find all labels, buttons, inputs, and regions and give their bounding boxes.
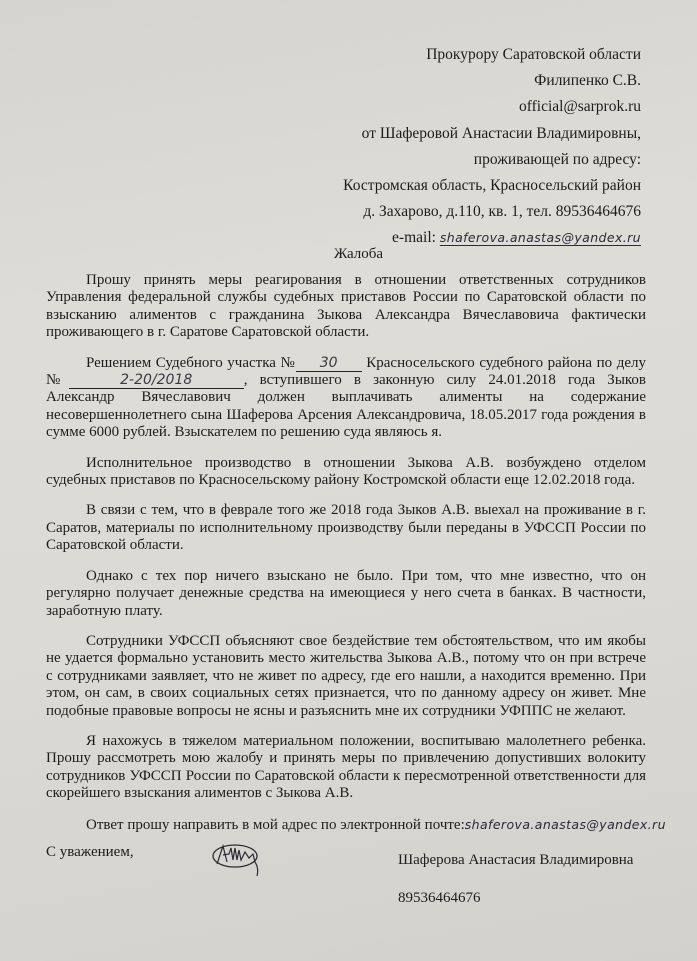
regards-text: С уважением,	[46, 844, 134, 861]
addressee-email: official@sarprok.ru	[343, 94, 641, 120]
complaint-document: Прокурору Саратовской области Филипенко …	[0, 0, 697, 961]
reply-request-row: Ответ прошу направить в мой адрес по эле…	[46, 816, 646, 834]
signer-phone: 89536464676	[398, 890, 481, 907]
paragraph-transfer: В связи с тем, что в феврале того же 201…	[46, 502, 646, 554]
paragraph-no-collection: Однако с тех пор ничего взыскано не было…	[46, 568, 646, 620]
paragraph-court-decision: Решением Судебного участка №30 Красносел…	[46, 355, 646, 442]
paragraph-inaction: Сотрудники УФССП объясняют свое бездейст…	[46, 633, 646, 720]
addressee-title: Прокурору Саратовской области	[343, 42, 641, 68]
addressee-name: Филипенко С.В.	[343, 68, 641, 94]
reply-request-text: Ответ прошу направить в мой адрес по эле…	[86, 817, 465, 833]
sender-name: от Шаферовой Анастасии Владимировны,	[343, 121, 641, 147]
handwritten-signature-icon	[209, 838, 271, 878]
signer-name: Шаферова Анастасия Владимировна	[398, 852, 633, 869]
reply-email-handwritten: shaferova.anastas@yandex.ru	[465, 817, 666, 832]
court-number-handwritten: 30	[296, 355, 362, 372]
case-number-handwritten: 2-20/2018	[69, 372, 244, 389]
paragraph-enforcement: Исполнительное производство в отношении …	[46, 455, 646, 490]
document-title: Жалоба	[0, 246, 697, 263]
court-decision-text-1: Решением Судебного участка №	[86, 355, 296, 371]
sender-address-line2: д. Захарово, д.110, кв. 1, тел. 89536464…	[343, 199, 641, 225]
document-body: Прошу принять меры реагирования в отноше…	[46, 272, 646, 892]
sender-address-line1: Костромская область, Красносельский райо…	[343, 173, 641, 199]
sender-email-handwritten: shaferova.anastas@yandex.ru	[440, 230, 641, 245]
sender-email-label: e-mail:	[392, 229, 436, 246]
paragraph-request: Прошу принять меры реагирования в отноше…	[46, 272, 646, 342]
sender-residing-label: проживающей по адресу:	[343, 147, 641, 173]
paragraph-plea: Я нахожусь в тяжелом материальном положе…	[46, 733, 646, 803]
signature-block: С уважением, Шаферова Анастасия Владимир…	[46, 840, 646, 892]
addressee-block: Прокурору Саратовской области Филипенко …	[343, 42, 641, 252]
